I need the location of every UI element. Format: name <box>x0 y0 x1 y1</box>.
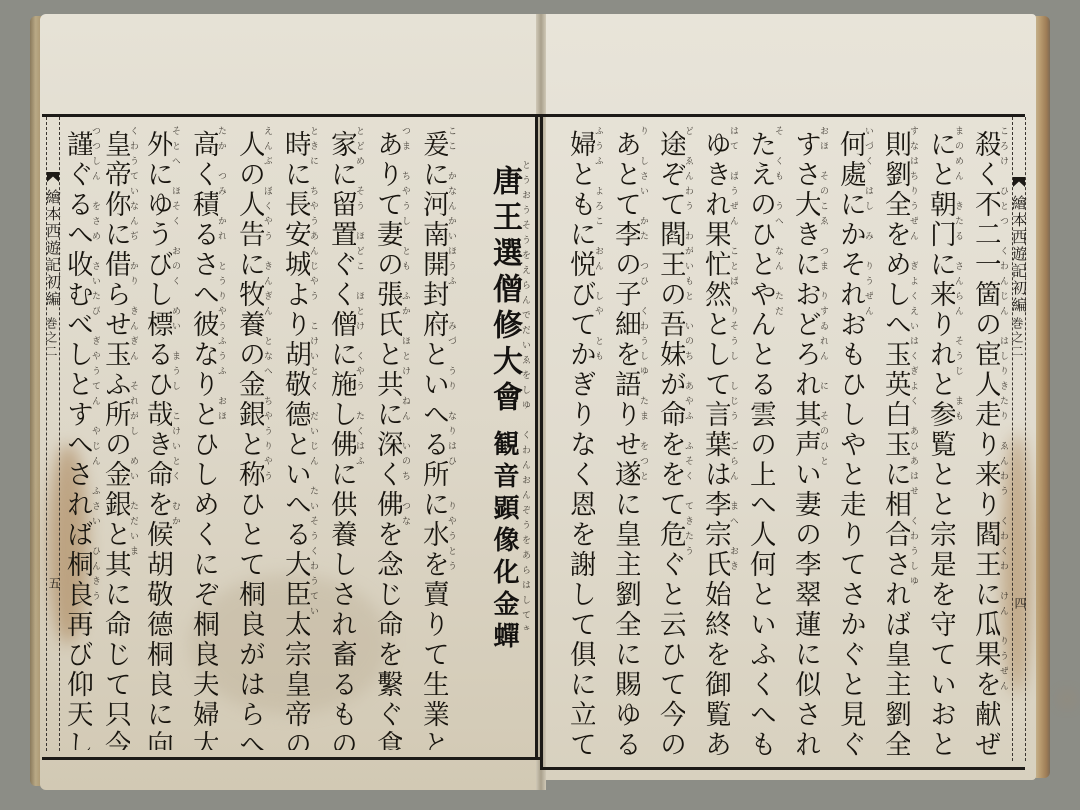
chapter-title-line-2: 観音顕像化金蟬 <box>487 430 521 630</box>
hashira-book-title: 繪本西遊記初編 <box>45 189 60 308</box>
text-column: すさ大きにおどろれ其声い妻の李翠蓮に似されども其人は <box>790 130 820 760</box>
text-column: 何處にかそれおもひしやと走りてさかぐと見ぐ不らん劉全を <box>835 130 865 760</box>
ruby-column: ど ゑんわう わがいもと いのち あやふ ふそく てきたう <box>683 126 693 756</box>
book-spread: 繪本西遊記初編 巻之二 五 繪本西遊記初編 巻之二 四 唐王選僧修大會 とうおう… <box>0 0 1080 810</box>
text-column: ありて妻の張氏と共に深く佛を念じ命を繫ぐ食の外は溢る <box>372 130 402 750</box>
ruby-column: おほ そのこゑ つま りすゐれん に そのひと <box>818 126 828 756</box>
ruby-column: まのめん きたる さんらん そうじ まも <box>953 126 963 756</box>
gyobi-fish-tail-icon <box>47 172 59 182</box>
ruby-column: り しさい かた つひ くわうしゆ たま をつと <box>638 126 648 756</box>
ruby-column: とどめ そう ほどこ ほとけ くやう たくはふ <box>354 126 364 746</box>
text-column: 高く積るさへ彼なりとひしめくにぞ桐良夫婦大きにおそれ門 <box>188 130 218 750</box>
hashira-volume: 巻之二 <box>45 317 57 359</box>
text-column: 途ぞて閻王の吾妹が命ををて危ぐと云ひて今の不測に的当 <box>655 130 685 760</box>
chapter-title-line-1: 唐王選僧修大會 <box>487 165 521 415</box>
text-column: ゆきれ果忙然として言葉は李宗氏始終を御覧ありて前に寘 <box>700 130 730 760</box>
hashira-right: 繪本西遊記初編 巻之二 四 <box>1012 117 1026 761</box>
hashira-volume: 巻之二 <box>1011 317 1023 359</box>
ruby-column: ふうふ よろこ おん しや とも <box>593 126 603 756</box>
text-column: 皇帝你に借らせ玉ふ所の金銀と其に命じて只今かへし給ふ <box>100 130 130 750</box>
ruby-column: ここ かなんかいほうふ みづ うり なりはひ りやうとう <box>446 126 456 746</box>
text-column: 外にゆうびし標るひ哉き命を候胡敬德桐良に向ひ主上太宗 <box>142 130 172 750</box>
frame-line <box>535 114 538 760</box>
text-column: 爰に河南開封府といへる所に水を賣りて生業とする桐良といへる者 <box>418 130 448 750</box>
frame-line <box>540 114 543 770</box>
text-column: にと朝门に来りれと参覧とと宗是を守ていおと給さまふひ <box>925 130 955 760</box>
foxing-spot <box>1062 694 1072 704</box>
text-column: 殺く不二一箇の宦人走り来り閻王に瓜果を献ぜし劉全只今藁室 <box>970 130 1000 760</box>
ruby-column: ころけ ひとつ くわんじん はしりきたり ゑんわう くわくわ けん りうぜん <box>998 126 1008 756</box>
text-column: 謹ぐるへ收むべしとすへされば桐良再び仰天し野人の不才の貧窮に <box>62 130 92 750</box>
text-column: 家に留置ぐく僧に施し佛に供養しされ畜るもの一 <box>326 130 356 750</box>
ruby-column: くわうていなんぢ かり きんぎん それがし めい ただいま <box>128 126 138 746</box>
ruby-column: はて ばうぜん ことば りそうし しじう ごらん まへ おき <box>728 126 738 756</box>
folio-number: 五 <box>46 577 63 589</box>
ruby-column: すなはちりうぜん ぎよくえいはくぎよく あひあはせ くわうしゆ <box>908 126 918 756</box>
text-column: 婦ともに悦びてかぎりなく恩を謝して俱に立て帰りり <box>565 130 595 760</box>
hashira-book-title: 繪本西遊記初編 <box>1011 195 1026 314</box>
hashira-left: 繪本西遊記初編 巻之二 五 <box>46 117 60 751</box>
ruby-column: つま ちやうし とも ふか ほとけ ねん いのち つな <box>400 126 410 746</box>
ruby-column: たか つみ かれ とうりやうふうふ おほ <box>216 126 226 746</box>
ruby-column: いづく はし み りうぜん <box>863 126 873 756</box>
gyobi-fish-tail-icon <box>1013 177 1025 187</box>
text-column: 人の人告に牧養の金銀と称ひとて桐良がはらへ分にかゝる <box>234 130 264 750</box>
ruby-column: えんぶ ぼくやう きんぎん となへ ちやうりやう <box>262 126 272 746</box>
ruby-column: そとへ ほそく おのく めい まうし こけいとく むか <box>170 126 180 746</box>
text-column: 則劉全をめしへ玉英白玉に相合されば皇主劉全を見て戴き <box>880 130 910 760</box>
text-column: たえのひとやんとる雲の上へ人何といふくへもあらとぞき唯あきれ <box>745 130 775 760</box>
chapter-title-ruby-2: くわんおんぞうをあらはしてきんぜんとくわす <box>520 430 530 630</box>
ruby-column: つつしん をさめ さいたび ぎやうてん やじん ふさい ひんきう <box>90 126 100 746</box>
text-column: 時に長安城より胡敬德といへる大臣太宗皇帝の命を受け <box>280 130 310 750</box>
ruby-column: そ くも うへ なん ただ <box>773 126 783 756</box>
folio-number: 四 <box>1012 597 1029 609</box>
text-column: あとて李の子細を語りせ遂に皇主劉全に賜ゆるれば夫 <box>610 130 640 760</box>
ruby-column: ときに ちやうあんじやう こけいとく だいじん たいそうくわうてい <box>308 126 318 746</box>
chapter-title-ruby-1: とうおうそうをえらんでだいゑをしゆうす <box>520 160 530 410</box>
page-stack-right-edge <box>1034 16 1050 778</box>
